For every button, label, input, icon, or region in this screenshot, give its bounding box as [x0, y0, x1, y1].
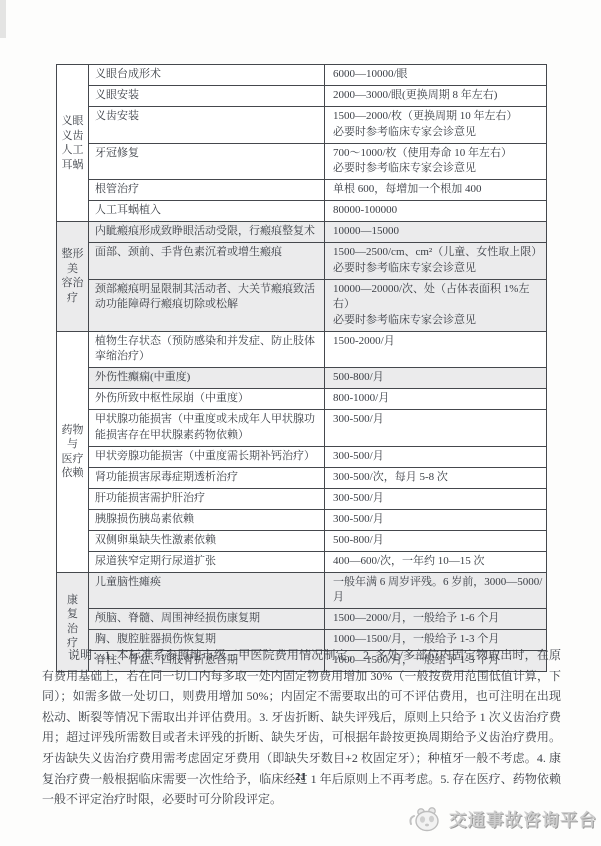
- item-cell: 根管治疗: [89, 180, 325, 200]
- item-cell: 胰腺损伤胰岛素依赖: [89, 510, 325, 530]
- fee-cell: 800-1000/月: [325, 389, 546, 409]
- fee-cell: 一般年满 6 周岁评残。6 岁前，3000—5000/月: [325, 573, 546, 609]
- table-row: 颈部瘢痕明显限制其活动者、大关节瘢痕致活动功能障碍行瘢痕切除或松解 10000—…: [89, 279, 546, 331]
- table-row: 牙冠修复 700～1000/枚（使用寿命 10 年左右） 必要时参考临床专家会诊…: [89, 143, 546, 180]
- section-rows: 义眼台成形术 6000—10000/眼 义眼安装 2000—3000/眼(更换周…: [89, 65, 546, 221]
- category-cell: 药物 与 医疗 依赖: [57, 332, 89, 572]
- fee-cell: 400—600/次，一年约 10—15 次: [325, 552, 546, 572]
- scanned-document-page: 义眼 义齿 人工 耳蜗 义眼台成形术 6000—10000/眼 义眼安装 200…: [0, 0, 601, 846]
- fee-cell: 500-800/月: [325, 368, 546, 388]
- table-row: 外伤所致中枢性尿崩（中重度） 800-1000/月: [89, 388, 546, 409]
- fee-cell: 单根 600，每增加一个根加 400: [325, 180, 546, 200]
- item-cell: 义眼安装: [89, 86, 325, 106]
- item-cell: 甲状腺功能损害（中重度或未成年人甲状腺功能损害存在甲状腺素药物依赖）: [89, 410, 325, 446]
- fee-cell: 300-500/次，每月 5-8 次: [325, 468, 546, 488]
- item-cell: 人工耳蜗植入: [89, 201, 325, 221]
- section-rows: 植物生存状态（预防感染和并发症、防止肢体挛缩治疗） 1500-2000/月 外伤…: [89, 332, 546, 572]
- table-row: 颅脑、脊髓、周围神经损伤康复期 1500—2000/月，一般给予 1-6 个月: [89, 608, 546, 629]
- table-row: 甲状旁腺功能损害（中重度需长期补钙治疗） 300-500/月: [89, 446, 546, 467]
- watermark: 交通事故咨询平台: [408, 804, 597, 834]
- table-row: 双侧卵巢缺失性激素依赖 500-800/月: [89, 530, 546, 551]
- item-cell: 儿童脑性瘫痪: [89, 573, 325, 609]
- category-cell: 义眼 义齿 人工 耳蜗: [57, 65, 89, 221]
- table-row: 肾功能损害尿毒症期透析治疗 300-500/次，每月 5-8 次: [89, 467, 546, 488]
- table-row: 根管治疗 单根 600，每增加一个根加 400: [89, 179, 546, 200]
- fee-cell: 1500—2500/cm、cm²（儿童、女性取上限） 必要时参考临床专家会诊意见: [325, 243, 546, 279]
- table-section: 义眼 义齿 人工 耳蜗 义眼台成形术 6000—10000/眼 义眼安装 200…: [57, 65, 546, 221]
- table-row: 外伤性癫痫(中重度) 500-800/月: [89, 367, 546, 388]
- fee-cell: 2000—3000/眼(更换周期 8 年左右): [325, 86, 546, 106]
- table-row: 内眦瘢痕形成致睁眼活动受限，行瘢痕整复术 10000—15000: [89, 222, 546, 242]
- item-cell: 义眼台成形术: [89, 65, 325, 85]
- watermark-label: 交通事故咨询平台: [449, 807, 597, 832]
- section-rows: 内眦瘢痕形成致睁眼活动受限，行瘢痕整复术 10000—15000 面部、颈前、手…: [89, 222, 546, 331]
- item-cell: 颈部瘢痕明显限制其活动者、大关节瘢痕致活动功能障碍行瘢痕切除或松解: [89, 280, 325, 331]
- table-row: 人工耳蜗植入 80000-100000: [89, 200, 546, 221]
- item-cell: 牙冠修复: [89, 144, 325, 180]
- table-row: 义眼台成形术 6000—10000/眼: [89, 65, 546, 85]
- fee-cell: 500-800/月: [325, 531, 546, 551]
- table-row: 胰腺损伤胰岛素依赖 300-500/月: [89, 509, 546, 530]
- item-cell: 双侧卵巢缺失性激素依赖: [89, 531, 325, 551]
- table-row: 义眼安装 2000—3000/眼(更换周期 8 年左右): [89, 85, 546, 106]
- scan-artifact: [0, 0, 6, 38]
- panda-car-icon: [408, 804, 444, 834]
- item-cell: 外伤所致中枢性尿崩（中重度）: [89, 389, 325, 409]
- table-row: 肝功能损害需护肝治疗 300-500/月: [89, 488, 546, 509]
- item-cell: 颅脑、脊髓、周围神经损伤康复期: [89, 609, 325, 629]
- fee-cell: 700～1000/枚（使用寿命 10 年左右） 必要时参考临床专家会诊意见: [325, 144, 546, 180]
- item-cell: 内眦瘢痕形成致睁眼活动受限，行瘢痕整复术: [89, 222, 325, 242]
- fee-cell: 300-500/月: [325, 447, 546, 467]
- table-row: 植物生存状态（预防感染和并发症、防止肢体挛缩治疗） 1500-2000/月: [89, 332, 546, 368]
- table-row: 儿童脑性瘫痪 一般年满 6 周岁评残。6 岁前，3000—5000/月: [89, 573, 546, 609]
- item-cell: 肝功能损害需护肝治疗: [89, 489, 325, 509]
- table-row: 尿道狭窄定期行尿道扩张 400—600/次，一年约 10—15 次: [89, 551, 546, 572]
- item-cell: 肾功能损害尿毒症期透析治疗: [89, 468, 325, 488]
- table-row: 义齿安装 1500—2000/枚（更换周期 10 年左右） 必要时参考临床专家会…: [89, 106, 546, 143]
- fee-cell: 300-500/月: [325, 489, 546, 509]
- item-cell: 尿道狭窄定期行尿道扩张: [89, 552, 325, 572]
- fee-cell: 10000—20000/次、处（占体表面积 1%左右） 必要时参考临床专家会诊意…: [325, 280, 546, 331]
- item-cell: 甲状旁腺功能损害（中重度需长期补钙治疗）: [89, 447, 325, 467]
- item-cell: 义齿安装: [89, 107, 325, 143]
- notes-text: 说明：1. 本标准系参照地市级三甲医院费用情况制定。 2. 多处/多部位内固定物…: [42, 645, 561, 810]
- category-cell: 整形美 容治疗: [57, 222, 89, 331]
- item-cell: 面部、颈前、手背色素沉着或增生瘢痕: [89, 243, 325, 279]
- fee-standard-table: 义眼 义齿 人工 耳蜗 义眼台成形术 6000—10000/眼 义眼安装 200…: [56, 64, 547, 672]
- fee-cell: 10000—15000: [325, 222, 546, 242]
- fee-cell: 300-500/月: [325, 410, 546, 446]
- table-row: 甲状腺功能损害（中重度或未成年人甲状腺功能损害存在甲状腺素药物依赖） 300-5…: [89, 409, 546, 446]
- fee-cell: 1500—2000/枚（更换周期 10 年左右） 必要时参考临床专家会诊意见: [325, 107, 546, 143]
- item-cell: 外伤性癫痫(中重度): [89, 368, 325, 388]
- table-section: 整形美 容治疗 内眦瘢痕形成致睁眼活动受限，行瘢痕整复术 10000—15000…: [57, 221, 546, 331]
- fee-cell: 1500—2000/月，一般给予 1-6 个月: [325, 609, 546, 629]
- table-row: 面部、颈前、手背色素沉着或增生瘢痕 1500—2500/cm、cm²（儿童、女性…: [89, 242, 546, 279]
- table-section: 药物 与 医疗 依赖 植物生存状态（预防感染和并发症、防止肢体挛缩治疗） 150…: [57, 331, 546, 572]
- fee-cell: 80000-100000: [325, 201, 546, 221]
- fee-cell: 1500-2000/月: [325, 332, 546, 368]
- fee-cell: 6000—10000/眼: [325, 65, 546, 85]
- fee-cell: 300-500/月: [325, 510, 546, 530]
- item-cell: 植物生存状态（预防感染和并发症、防止肢体挛缩治疗）: [89, 332, 325, 368]
- page-number: 21: [0, 771, 601, 783]
